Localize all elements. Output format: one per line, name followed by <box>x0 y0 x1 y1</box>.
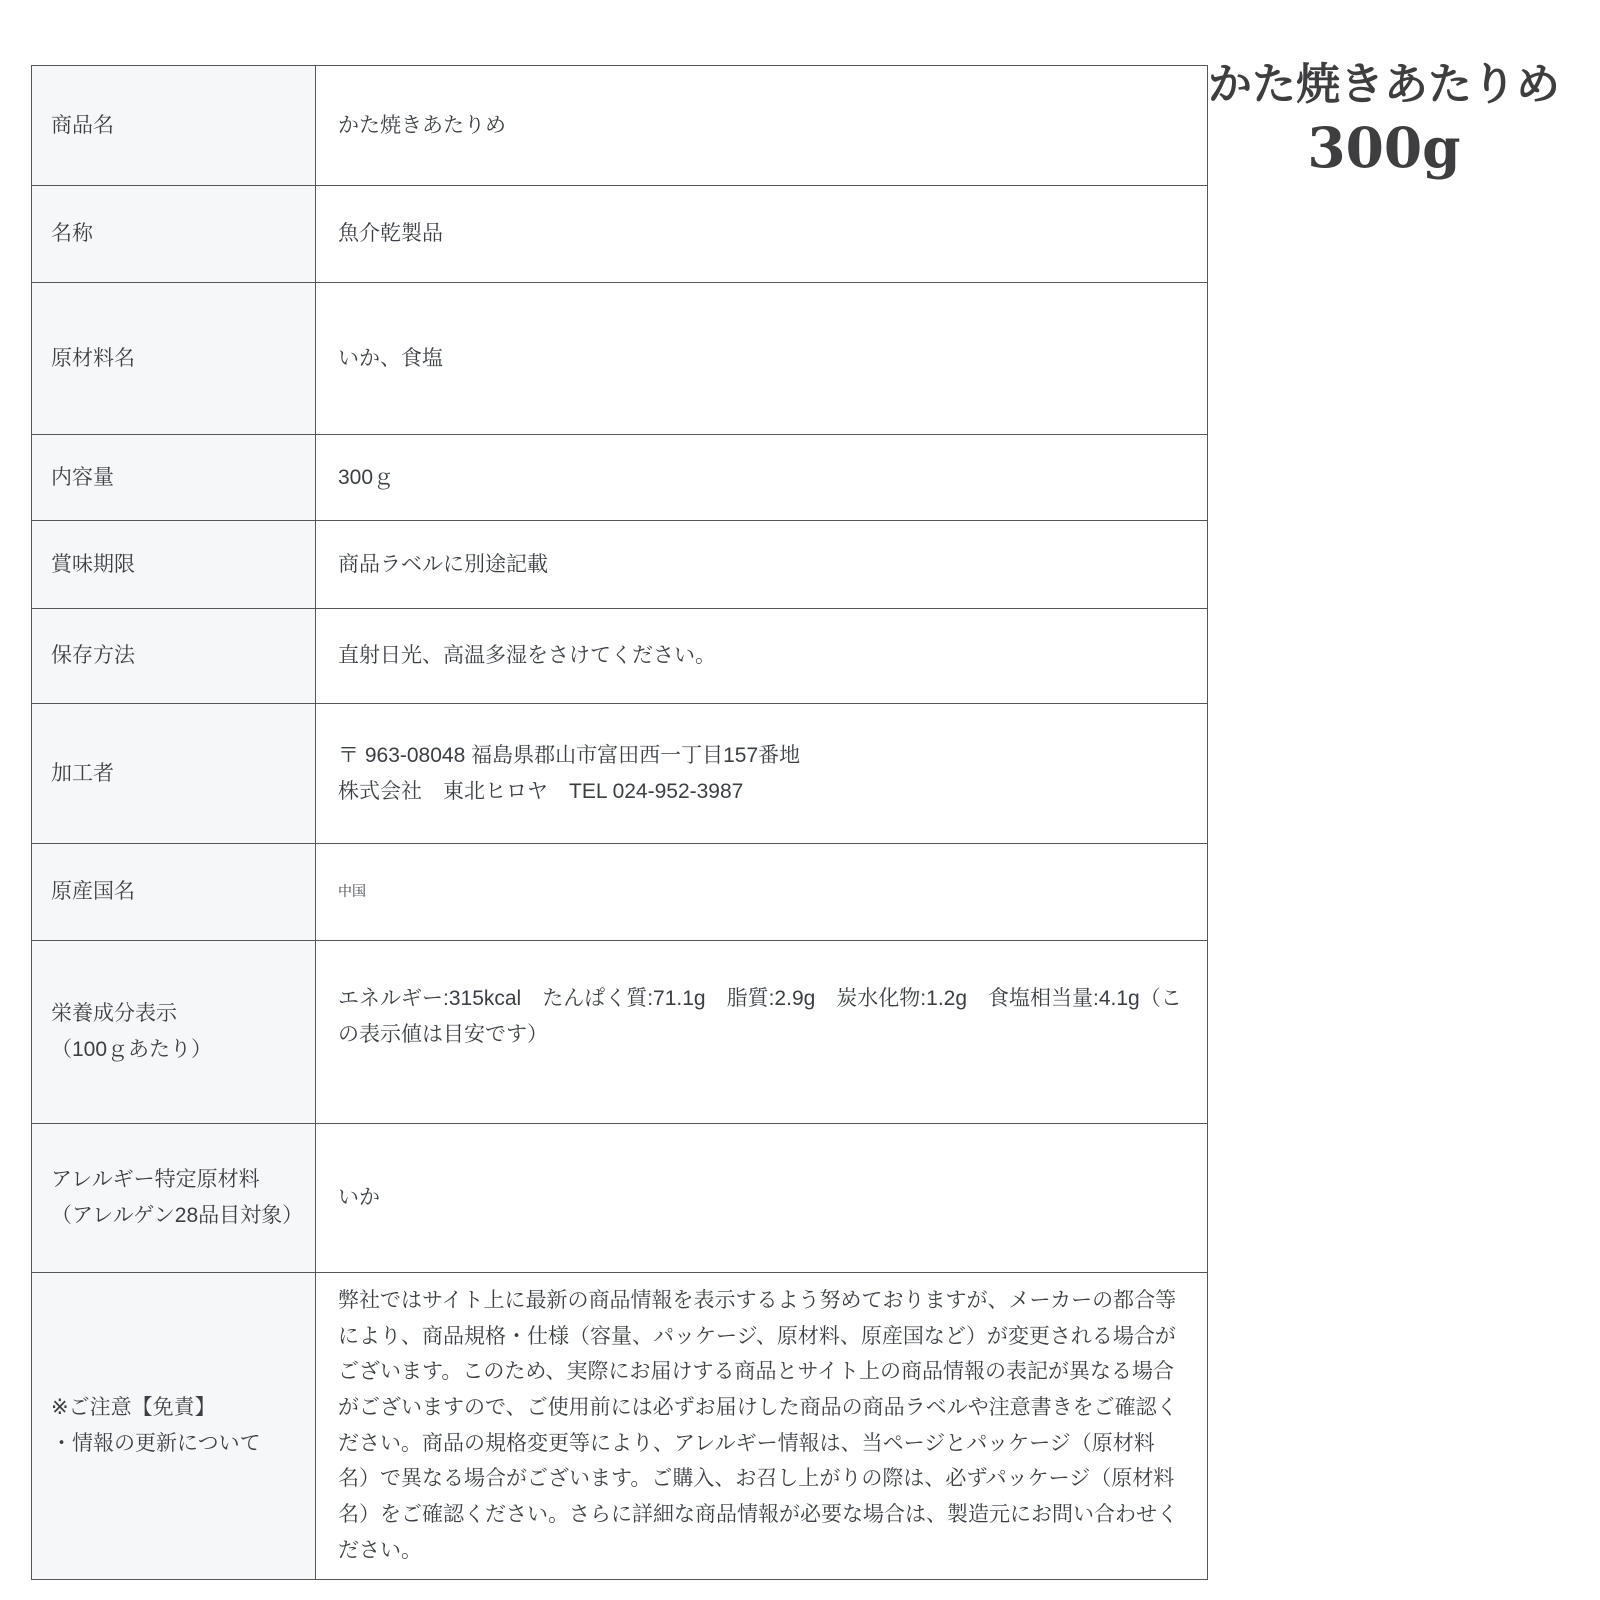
row-country-of-origin: 原産国名 中国 <box>32 844 1208 941</box>
row-value: 商品ラベルに別途記載 <box>316 521 1208 609</box>
product-title-weight: 300g <box>1198 118 1570 179</box>
product-title: かた焼きあたりめ 300g <box>1198 52 1570 179</box>
row-value: 弊社ではサイト上に最新の商品情報を表示するよう努めておりますが、メーカーの都合等… <box>316 1273 1208 1580</box>
row-label: 栄養成分表示 （100ｇあたり） <box>32 941 316 1124</box>
row-label: 原材料名 <box>32 283 316 435</box>
row-value: 300ｇ <box>316 435 1208 521</box>
row-value: エネルギー:315kcal たんぱく質:71.1g 脂質:2.9g 炭水化物:1… <box>316 941 1208 1124</box>
product-spec-page: 商品名 かた焼きあたりめ 名称 魚介乾製品 原材料名 いか、食塩 内容量 300… <box>0 0 1600 1600</box>
row-value: 魚介乾製品 <box>316 186 1208 283</box>
row-allergen: アレルギー特定原材料 （アレルゲン28品目対象） いか <box>32 1124 1208 1273</box>
row-label: アレルギー特定原材料 （アレルゲン28品目対象） <box>32 1124 316 1273</box>
row-label: 原産国名 <box>32 844 316 941</box>
row-value: いか <box>316 1124 1208 1273</box>
row-disclaimer: ※ご注意【免責】 ・情報の更新について 弊社ではサイト上に最新の商品情報を表示す… <box>32 1273 1208 1580</box>
row-label: 内容量 <box>32 435 316 521</box>
row-value: 中国 <box>316 844 1208 941</box>
row-product-name: 商品名 かた焼きあたりめ <box>32 66 1208 186</box>
row-label: 保存方法 <box>32 609 316 704</box>
row-value: 〒 963-08048 福島県郡山市富田西一丁目157番地 株式会社 東北ヒロヤ… <box>316 704 1208 844</box>
row-label: 加工者 <box>32 704 316 844</box>
row-item-name: 名称 魚介乾製品 <box>32 186 1208 283</box>
row-processor: 加工者 〒 963-08048 福島県郡山市富田西一丁目157番地 株式会社 東… <box>32 704 1208 844</box>
row-value: かた焼きあたりめ <box>316 66 1208 186</box>
row-net-content: 内容量 300ｇ <box>32 435 1208 521</box>
row-nutrition-facts: 栄養成分表示 （100ｇあたり） エネルギー:315kcal たんぱく質:71.… <box>32 941 1208 1124</box>
row-label: 商品名 <box>32 66 316 186</box>
product-spec-table: 商品名 かた焼きあたりめ 名称 魚介乾製品 原材料名 いか、食塩 内容量 300… <box>31 65 1208 1580</box>
product-title-name: かた焼きあたりめ <box>1198 52 1570 118</box>
row-ingredients: 原材料名 いか、食塩 <box>32 283 1208 435</box>
row-value: いか、食塩 <box>316 283 1208 435</box>
row-label: 賞味期限 <box>32 521 316 609</box>
row-value: 直射日光、高温多湿をさけてください。 <box>316 609 1208 704</box>
row-storage-method: 保存方法 直射日光、高温多湿をさけてください。 <box>32 609 1208 704</box>
row-label: ※ご注意【免責】 ・情報の更新について <box>32 1273 316 1580</box>
row-label: 名称 <box>32 186 316 283</box>
row-best-before: 賞味期限 商品ラベルに別途記載 <box>32 521 1208 609</box>
